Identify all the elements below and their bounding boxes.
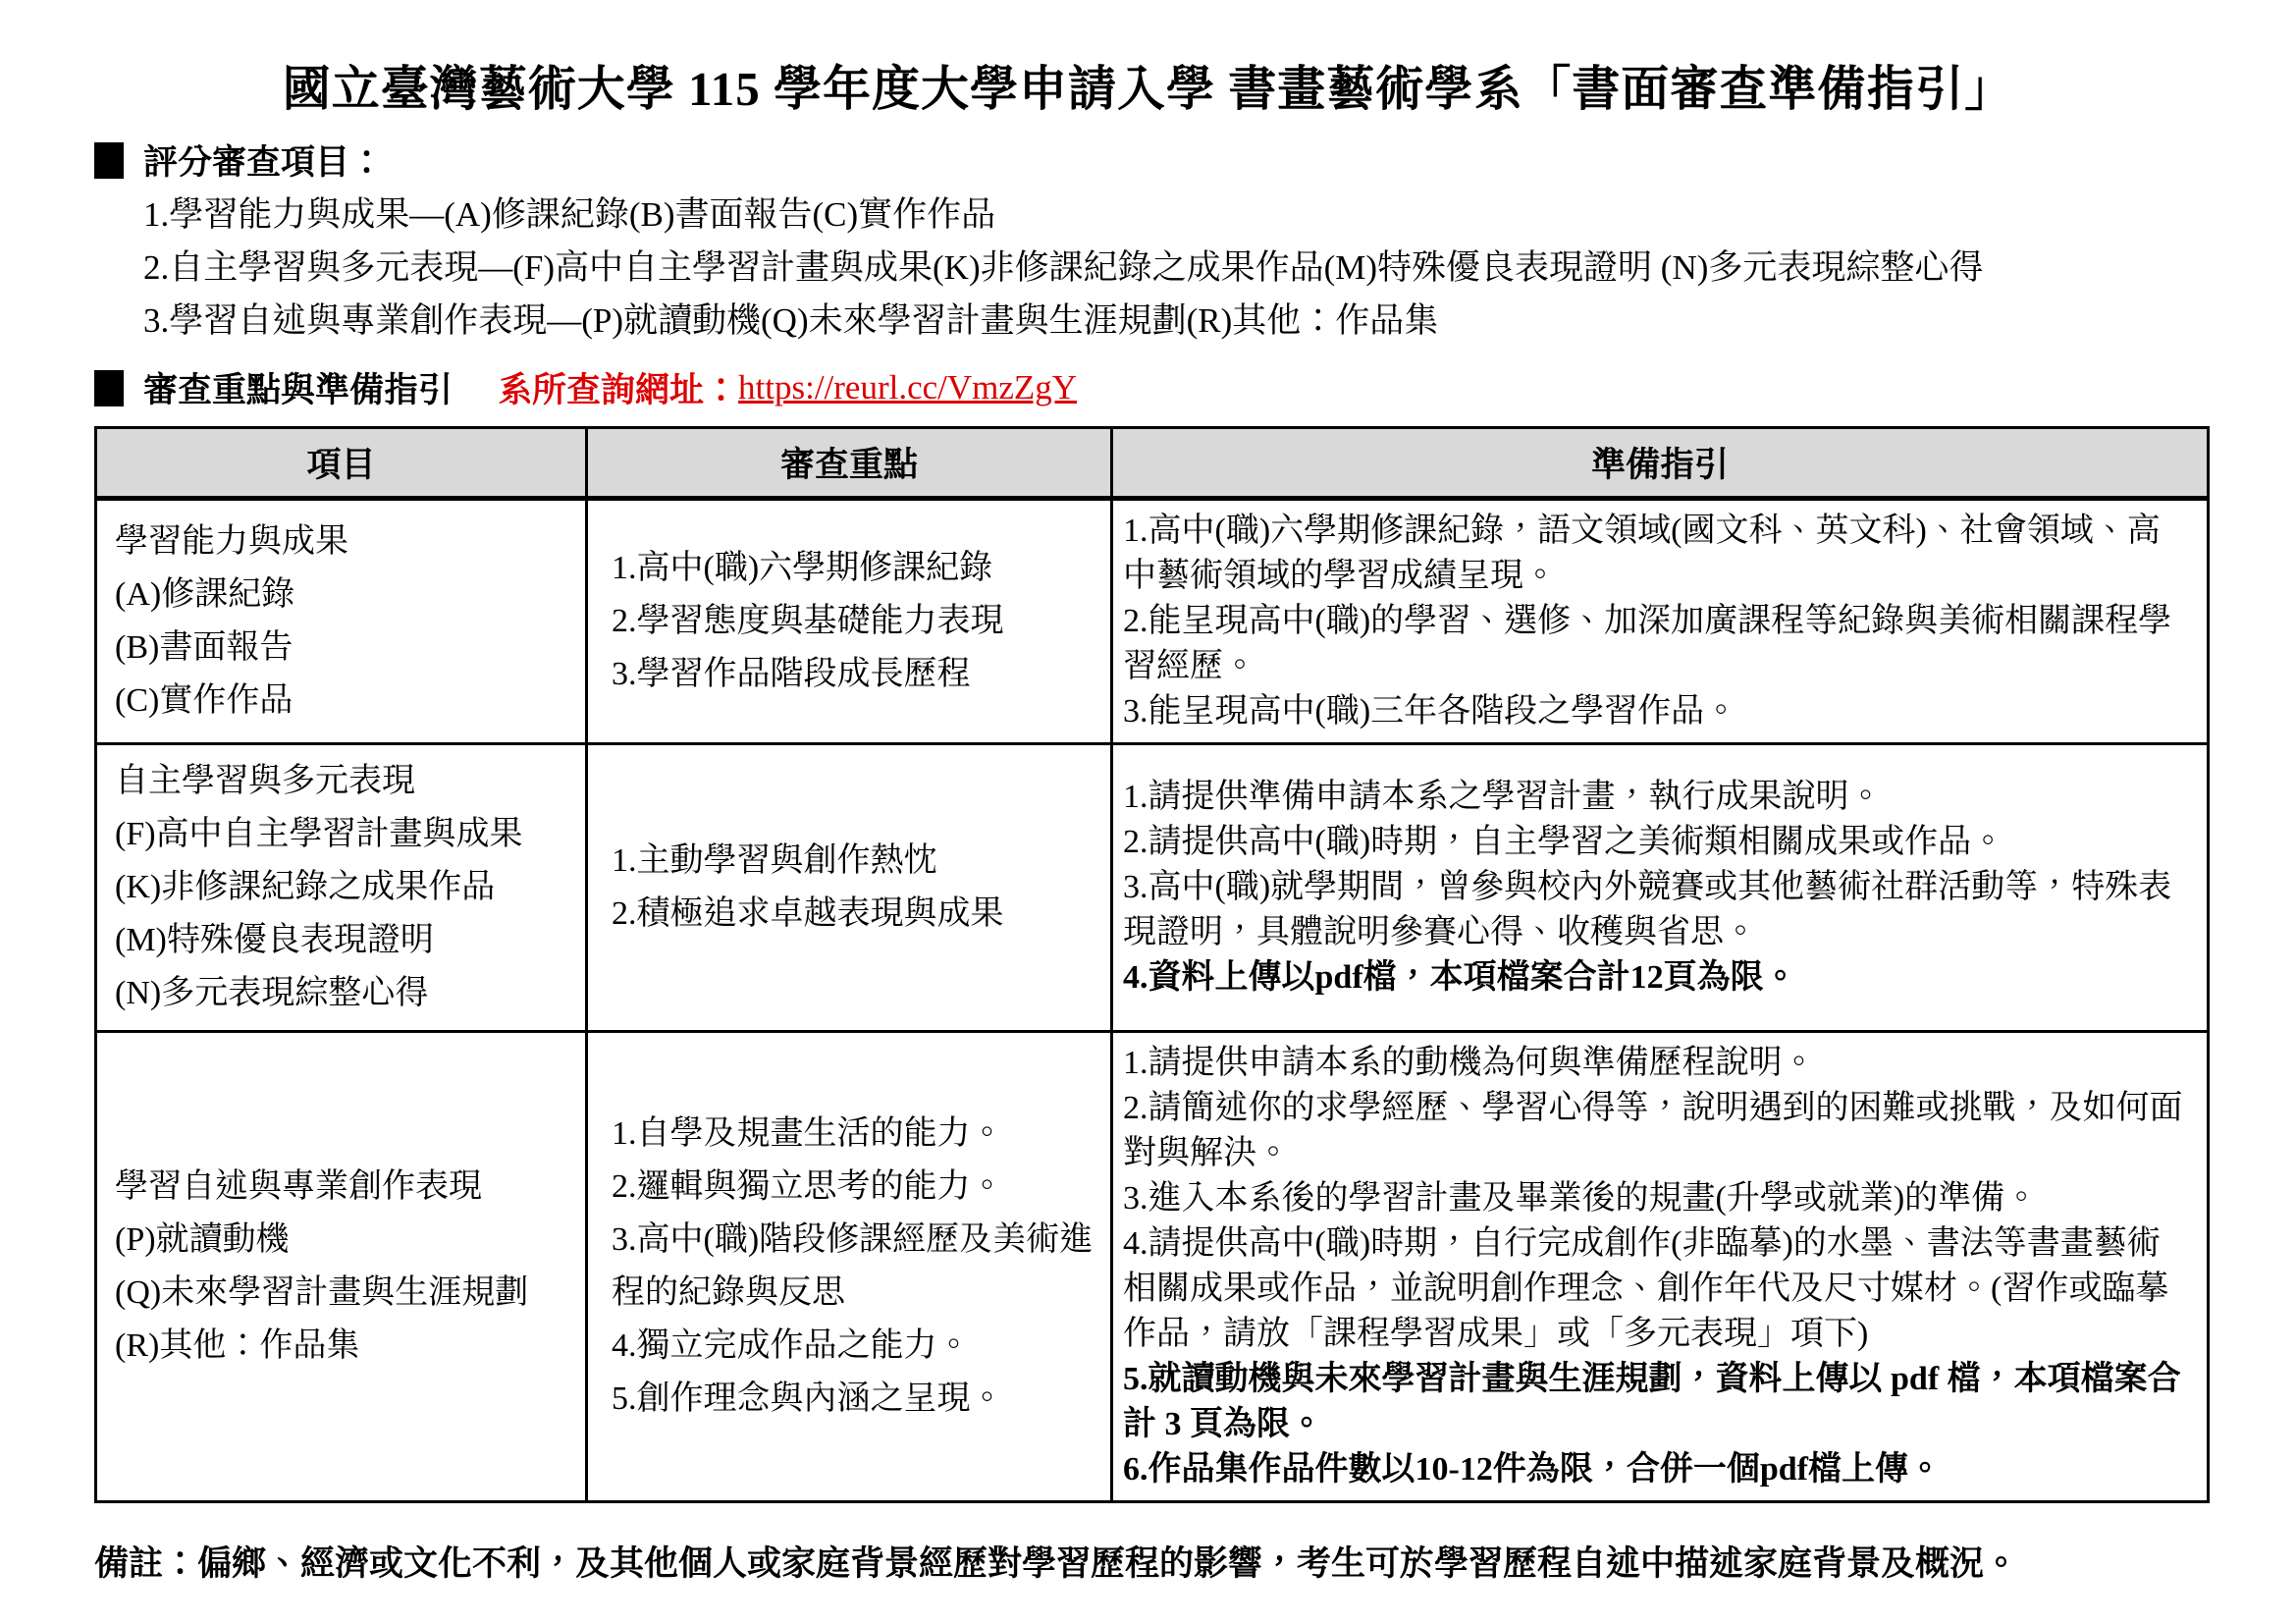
- focus-line: 3.學習作品階段成長歷程: [612, 648, 1102, 701]
- guide-paragraph: 2.請簡述你的求學經歷、學習心得等，說明遇到的困難或挑戰，及如何面對與解決。: [1123, 1086, 2193, 1176]
- scoring-item: 2.自主學習與多元表現—(F)高中自主學習計畫與成果(K)非修課紀錄之成果作品(…: [143, 242, 2296, 295]
- guide-paragraph: 3.能呈現高中(職)三年各階段之學習作品。: [1123, 689, 2193, 734]
- item-line: (B)書面報告: [115, 622, 577, 675]
- item-line: (M)特殊優良表現證明: [115, 914, 577, 967]
- guide-paragraph: 2.能呈現高中(職)的學習、選修、加深加廣課程等紀錄與美術相關課程學習經歷。: [1123, 599, 2193, 689]
- table-row: 自主學習與多元表現(F)高中自主學習計畫與成果(K)非修課紀錄之成果作品(M)特…: [96, 744, 2209, 1032]
- scoring-item: 1.學習能力與成果—(A)修課紀錄(B)書面報告(C)實作作品: [143, 189, 2296, 242]
- scoring-items: 1.學習能力與成果—(A)修課紀錄(B)書面報告(C)實作作品2.自主學習與多元…: [143, 189, 2296, 348]
- query-url-group: 系所查詢網址：https://reurl.cc/VmzZgY: [498, 363, 1077, 412]
- focus-cell: 1.主動學習與創作熱忱2.積極追求卓越表現與成果: [587, 744, 1112, 1032]
- item-line: 自主學習與多元表現: [115, 755, 577, 808]
- scoring-heading-text: 評分審查項目：: [143, 135, 384, 185]
- focus-line: 1.主動學習與創作熱忱: [612, 835, 1102, 888]
- focus-line: 1.自學及規畫生活的能力。: [612, 1108, 1102, 1161]
- focus-line: 2.學習態度與基礎能力表現: [612, 595, 1102, 648]
- table-row: 學習能力與成果(A)修課紀錄(B)書面報告(C)實作作品1.高中(職)六學期修課…: [96, 499, 2209, 744]
- guide-paragraph: 4.請提供高中(職)時期，自行完成創作(非臨摹)的水墨、書法等書畫藝術相關成果或…: [1123, 1221, 2193, 1357]
- guide-paragraph: 1.請提供申請本系的動機為何與準備歷程說明。: [1123, 1041, 2193, 1086]
- focus-line: 2.積極追求卓越表現與成果: [612, 888, 1102, 941]
- column-header: 項目: [96, 428, 587, 499]
- guide-paragraph: 1.請提供準備申請本系之學習計畫，執行成果說明。: [1123, 775, 2193, 820]
- focus-cell: 1.自學及規畫生活的能力。2.邏輯與獨立思考的能力。3.高中(職)階段修課經歷及…: [587, 1032, 1112, 1502]
- item-line: 學習自述與專業創作表現: [115, 1161, 577, 1214]
- guide-heading-text: 審查重點與準備指引: [143, 363, 453, 412]
- guide-paragraph: 2.請提供高中(職)時期，自主學習之美術類相關成果或作品。: [1123, 820, 2193, 865]
- focus-line: 5.創作理念與內涵之呈現。: [612, 1373, 1102, 1426]
- guide-paragraph: 3.進入本系後的學習計畫及畢業後的規畫(升學或就業)的準備。: [1123, 1176, 2193, 1221]
- item-cell: 學習能力與成果(A)修課紀錄(B)書面報告(C)實作作品: [96, 499, 587, 744]
- query-label: 系所查詢網址：: [498, 363, 738, 412]
- page-title: 國立臺灣藝術大學 115 學年度大學申請入學 書畫藝術學系「書面審查準備指引」: [0, 0, 2296, 120]
- guide-paragraph: 1.高中(職)六學期修課紀錄，語文領域(國文科、英文科)、社會領域、高中藝術領域…: [1123, 509, 2193, 599]
- table-row: 學習自述與專業創作表現(P)就讀動機(Q)未來學習計畫與生涯規劃(R)其他：作品…: [96, 1032, 2209, 1502]
- focus-line: 2.邏輯與獨立思考的能力。: [612, 1161, 1102, 1214]
- item-line: (K)非修課紀錄之成果作品: [115, 861, 577, 914]
- document-page: 國立臺灣藝術大學 115 學年度大學申請入學 書畫藝術學系「書面審查準備指引」 …: [0, 0, 2296, 1624]
- column-header: 準備指引: [1112, 428, 2209, 499]
- focus-line: 4.獨立完成作品之能力。: [612, 1320, 1102, 1373]
- item-line: (C)實作作品: [115, 675, 577, 728]
- item-line: (F)高中自主學習計畫與成果: [115, 808, 577, 861]
- column-header: 審查重點: [587, 428, 1112, 499]
- focus-line: 1.高中(職)六學期修課紀錄: [612, 542, 1102, 595]
- guide-cell: 1.請提供準備申請本系之學習計畫，執行成果說明。2.請提供高中(職)時期，自主學…: [1112, 744, 2209, 1032]
- black-square-bullet-icon: [94, 370, 124, 406]
- focus-line: 3.高中(職)階段修課經歷及美術進程的紀錄與反思: [612, 1214, 1102, 1320]
- item-line: (Q)未來學習計畫與生涯規劃: [115, 1267, 577, 1320]
- guide-paragraph: 3.高中(職)就學期間，曾參與校內外競賽或其他藝術社群活動等，特殊表現證明，具體…: [1123, 865, 2193, 955]
- item-line: (N)多元表現綜整心得: [115, 967, 577, 1020]
- black-square-bullet-icon: [94, 142, 124, 179]
- guide-paragraph: 4.資料上傳以pdf檔，本項檔案合計12頁為限。: [1123, 955, 2193, 1001]
- item-line: (P)就讀動機: [115, 1214, 577, 1267]
- department-query-link[interactable]: https://reurl.cc/VmzZgY: [738, 368, 1077, 407]
- item-line: (R)其他：作品集: [115, 1320, 577, 1373]
- item-line: (A)修課紀錄: [115, 568, 577, 622]
- item-line: 學習能力與成果: [115, 515, 577, 568]
- focus-cell: 1.高中(職)六學期修課紀錄2.學習態度與基礎能力表現3.學習作品階段成長歷程: [587, 499, 1112, 744]
- review-table-body: 學習能力與成果(A)修課紀錄(B)書面報告(C)實作作品1.高中(職)六學期修課…: [96, 499, 2209, 1502]
- guide-cell: 1.請提供申請本系的動機為何與準備歷程說明。2.請簡述你的求學經歷、學習心得等，…: [1112, 1032, 2209, 1502]
- scoring-section-heading: 評分審查項目：: [94, 135, 2296, 185]
- guide-paragraph: 5.就讀動機與未來學習計畫與生涯規劃，資料上傳以 pdf 檔，本項檔案合計 3 …: [1123, 1357, 2193, 1447]
- item-cell: 學習自述與專業創作表現(P)就讀動機(Q)未來學習計畫與生涯規劃(R)其他：作品…: [96, 1032, 587, 1502]
- footer-note: 備註：偏鄉、經濟或文化不利，及其他個人或家庭背景經歷對學習歷程的影響，考生可於學…: [94, 1537, 2208, 1586]
- review-table: 項目審查重點準備指引 學習能力與成果(A)修課紀錄(B)書面報告(C)實作作品1…: [94, 426, 2210, 1503]
- guide-paragraph: 6.作品集作品件數以10-12件為限，合併一個pdf檔上傳。: [1123, 1447, 2193, 1492]
- guide-cell: 1.高中(職)六學期修課紀錄，語文領域(國文科、英文科)、社會領域、高中藝術領域…: [1112, 499, 2209, 744]
- guide-section-heading: 審查重點與準備指引 系所查詢網址：https://reurl.cc/VmzZgY: [94, 363, 2296, 412]
- scoring-item: 3.學習自述與專業創作表現—(P)就讀動機(Q)未來學習計畫與生涯規劃(R)其他…: [143, 295, 2296, 348]
- review-table-header-row: 項目審查重點準備指引: [96, 428, 2209, 499]
- item-cell: 自主學習與多元表現(F)高中自主學習計畫與成果(K)非修課紀錄之成果作品(M)特…: [96, 744, 587, 1032]
